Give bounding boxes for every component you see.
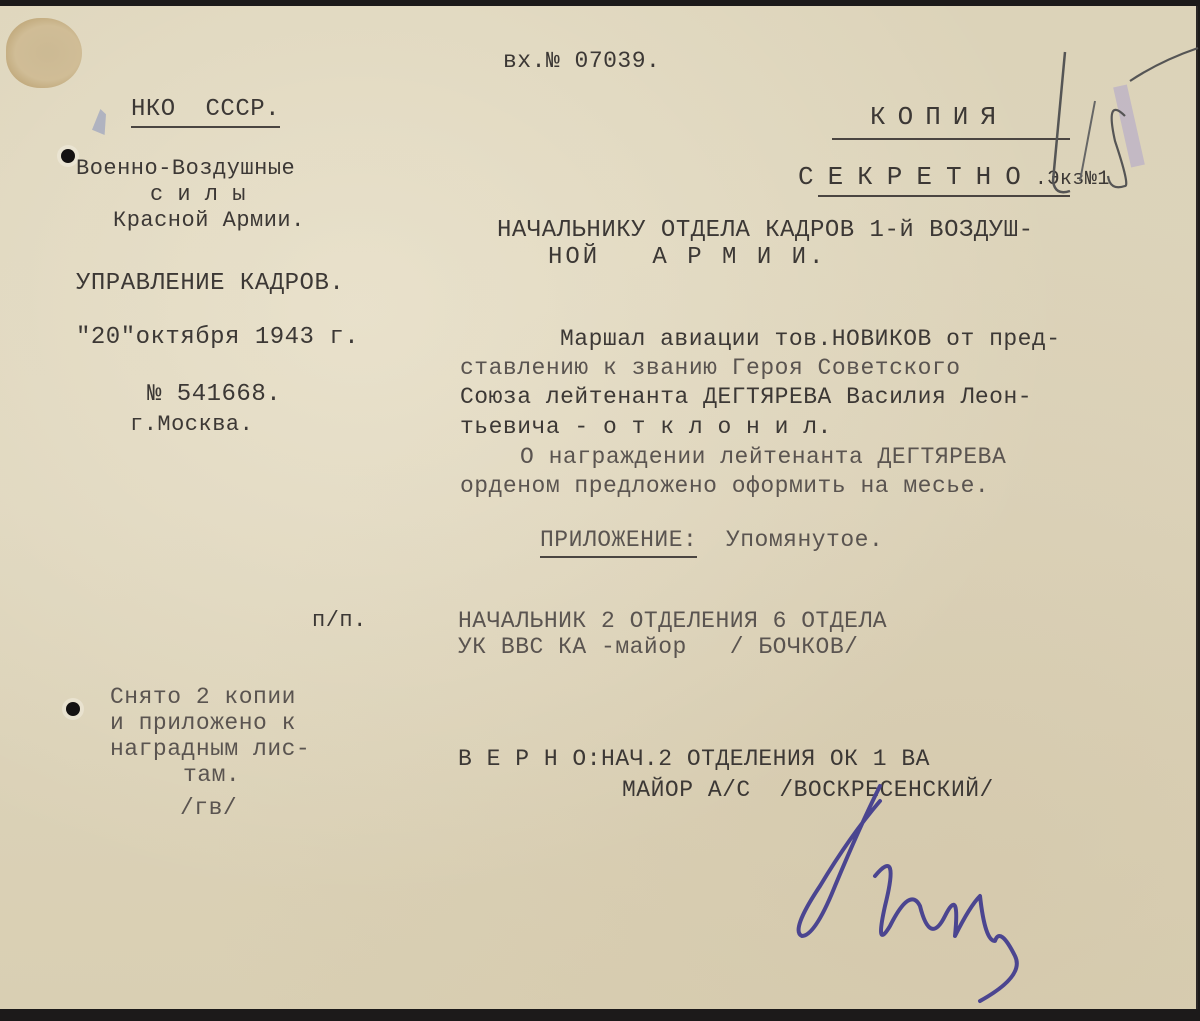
body-p1-line2: ставлению к званию Героя Советского (460, 357, 961, 380)
signatory-title: НАЧАЛЬНИК 2 ОТДЕЛЕНИЯ 6 ОТДЕЛА (458, 610, 887, 633)
copy-underline (832, 138, 1070, 140)
body-p1-line3: Союза лейтенанта ДЕГТЯРЕВА Василия Леон- (460, 386, 1032, 409)
document-date: "20"октября 1943 г. (76, 326, 359, 350)
attachment-line: ПРИЛОЖЕНИЕ: Упомянутое. (540, 529, 883, 552)
copy-label: КОПИЯ (870, 104, 1008, 130)
side-note-line2: и приложено к (110, 712, 296, 735)
paper-tear (92, 109, 106, 135)
org-airforce-line2: с и л ы (150, 184, 246, 206)
attachment-value: Упомянутое. (726, 527, 883, 553)
side-note-initials: /гв/ (180, 797, 237, 820)
addressee-line2: НОЙ А Р М И И. (548, 246, 826, 270)
body-p2-line1: О награждении лейтенанта ДЕГТЯРЕВА (520, 446, 1006, 469)
org-ministry-text: НКО СССР. (131, 96, 280, 128)
document-number: № 541668. (147, 383, 281, 407)
addressee-line1: НАЧАЛЬНИКУ ОТДЕЛА КАДРОВ 1-й ВОЗДУШ- (497, 219, 1033, 243)
signatory-name: УК ВВС КА -майор / БОЧКОВ/ (458, 636, 858, 659)
secrecy-underline (818, 195, 1070, 197)
side-note-line1: Снято 2 копии (110, 686, 296, 709)
punch-hole-bottom (66, 702, 80, 716)
org-airforce-line1: Военно-Воздушные (76, 158, 295, 180)
body-p1-line1: Маршал авиации тов.НОВИКОВ от пред- (560, 328, 1061, 351)
pp-label: п/п. (312, 610, 367, 632)
handwritten-number-115 (1050, 46, 1200, 196)
secrecy-label: СЕКРЕТНО (798, 162, 1035, 192)
attachment-label: ПРИЛОЖЕНИЕ: (540, 527, 697, 558)
document-city: г.Москва. (130, 414, 253, 436)
incoming-number: вх.№ 07039. (503, 50, 660, 73)
document-sheet: вх.№ 07039. НКО СССР. Военно-Воздушные с… (0, 6, 1198, 1009)
org-ministry: НКО СССР. (131, 98, 280, 122)
body-p1-line4: тьевича - о т к л о н и л. (460, 416, 832, 439)
org-airforce-line3: Красной Армии. (113, 210, 305, 232)
department-name: УПРАВЛЕНИЕ КАДРОВ. (76, 272, 344, 296)
handwritten-signature (780, 766, 1060, 1006)
paper-stain (6, 18, 82, 88)
side-note-line3: наградным лис- (110, 738, 310, 761)
punch-hole-top (61, 149, 75, 163)
body-p2-line2: орденом предложено оформить на месье. (460, 475, 989, 498)
side-note-line4: там. (183, 764, 240, 787)
